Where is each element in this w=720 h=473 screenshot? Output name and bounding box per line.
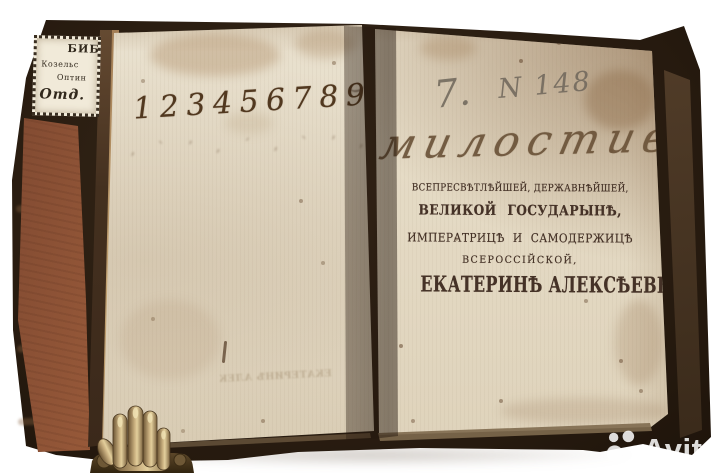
- label-line-library: БИБ: [67, 43, 99, 55]
- right-page-stain: [500, 398, 670, 424]
- dedication-block: ВСЕПРЕСВѢТЛѢЙШЕЙ, ДЕРЖАВНѢЙШЕЙ, ВЕЛИКОЙ …: [382, 183, 659, 309]
- avito-wordmark: Avito: [643, 434, 720, 465]
- dedication-line-3: ИМПЕРАТРИЦѢ И САМОДЕРЖИЦѢ: [399, 231, 642, 244]
- dedication-line-5: ЕКАТЕРИНѢ АЛЕКСѢЕВНѢ.: [420, 273, 619, 296]
- pencil-number: 7.: [432, 72, 472, 114]
- pencil-inventory-number: N 148: [497, 68, 593, 103]
- ink-inscription: милостив: [376, 116, 680, 166]
- brass-hand-bookstand: [90, 397, 194, 473]
- label-line-section: Отд.: [39, 87, 85, 102]
- right-page-speckles: [0, 0, 2, 2]
- photo-canvas: БИБ Козельс Оптин Отд. 1 2 3 4 5 6 7 8 9…: [0, 0, 720, 473]
- dedication-line-4: ВСЕРОССІЙСКОЙ,: [389, 255, 651, 266]
- brass-hand: [94, 406, 170, 471]
- avito-watermark: Avito: [600, 428, 720, 470]
- spine-library-label: БИБ Козельс Оптин Отд.: [32, 35, 101, 117]
- left-page-stain: [120, 300, 220, 380]
- left-page-speckles: [0, 0, 2, 2]
- avito-logo-icon: [600, 428, 642, 470]
- label-line-town: Козельс: [41, 60, 79, 69]
- left-page-stain: [150, 34, 280, 76]
- dedication-line-2: ВЕЛИКОЙ ГОСУДАРЫНѢ,: [400, 203, 640, 218]
- right-page-stain: [615, 300, 663, 385]
- dedication-line-1: ВСЕПРЕСВѢТЛѢЙШЕЙ, ДЕРЖАВНѢЙШЕЙ,: [400, 183, 640, 194]
- right-page-stain: [420, 36, 476, 60]
- label-line-monastery: Оптин: [57, 74, 87, 83]
